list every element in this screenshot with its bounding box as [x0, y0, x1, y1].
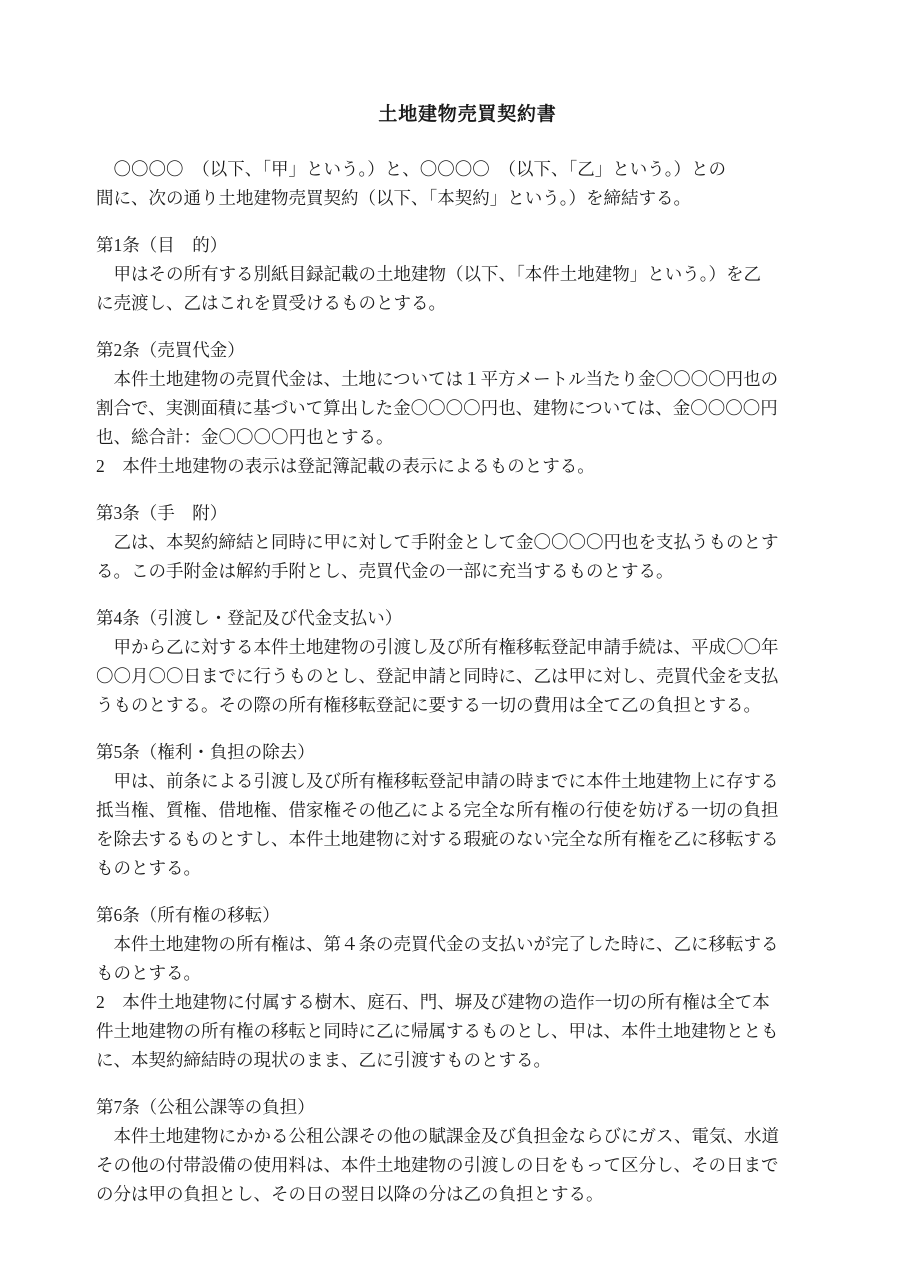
- article-1-heading: 第1条（目 的）: [96, 231, 803, 260]
- document-title: 土地建物売買契約書: [96, 100, 803, 129]
- article-7: 第7条（公租公課等の負担） 本件土地建物にかかる公租公課その他の賦課金及び負担金…: [96, 1093, 803, 1209]
- article-4-body: 甲から乙に対する本件土地建物の引渡し及び所有権移転登記申請手続は、平成〇〇年 〇…: [96, 633, 803, 720]
- article-5: 第5条（権利・負担の除去） 甲は、前条による引渡し及び所有権移転登記申請の時まで…: [96, 738, 803, 883]
- contract-content: 土地建物売買契約書 〇〇〇〇 （以下、「甲」という。）と、〇〇〇〇 （以下、「乙…: [96, 0, 803, 1209]
- article-2: 第2条（売買代金） 本件土地建物の売買代金は、土地については１平方メートル当たり…: [96, 336, 803, 481]
- article-2-heading: 第2条（売買代金）: [96, 336, 803, 365]
- article-6: 第6条（所有権の移転） 本件土地建物の所有権は、第４条の売買代金の支払いが完了し…: [96, 901, 803, 1075]
- article-5-heading: 第5条（権利・負担の除去）: [96, 738, 803, 767]
- article-5-body: 甲は、前条による引渡し及び所有権移転登記申請の時までに本件土地建物上に存する 抵…: [96, 767, 803, 883]
- article-7-body: 本件土地建物にかかる公租公課その他の賦課金及び負担金ならびにガス、電気、水道 そ…: [96, 1122, 803, 1209]
- article-2-body: 本件土地建物の売買代金は、土地については１平方メートル当たり金〇〇〇〇円也の 割…: [96, 365, 803, 481]
- article-1-body: 甲はその所有する別紙目録記載の土地建物（以下、「本件土地建物」という。）を乙 に…: [96, 260, 803, 318]
- article-4-heading: 第4条（引渡し・登記及び代金支払い）: [96, 604, 803, 633]
- contract-page: 土地建物売買契約書 〇〇〇〇 （以下、「甲」という。）と、〇〇〇〇 （以下、「乙…: [0, 0, 905, 1280]
- preamble-paragraph: 〇〇〇〇 （以下、「甲」という。）と、〇〇〇〇 （以下、「乙」という。）との 間…: [96, 155, 803, 213]
- article-3: 第3条（手 附） 乙は、本契約締結と同時に甲に対して手附金として金〇〇〇〇円也を…: [96, 499, 803, 586]
- article-1: 第1条（目 的） 甲はその所有する別紙目録記載の土地建物（以下、「本件土地建物」…: [96, 231, 803, 318]
- article-3-heading: 第3条（手 附）: [96, 499, 803, 528]
- article-6-body: 本件土地建物の所有権は、第４条の売買代金の支払いが完了した時に、乙に移転する も…: [96, 930, 803, 1075]
- article-4: 第4条（引渡し・登記及び代金支払い） 甲から乙に対する本件土地建物の引渡し及び所…: [96, 604, 803, 720]
- article-6-heading: 第6条（所有権の移転）: [96, 901, 803, 930]
- article-3-body: 乙は、本契約締結と同時に甲に対して手附金として金〇〇〇〇円也を支払うものとす る…: [96, 528, 803, 586]
- article-7-heading: 第7条（公租公課等の負担）: [96, 1093, 803, 1122]
